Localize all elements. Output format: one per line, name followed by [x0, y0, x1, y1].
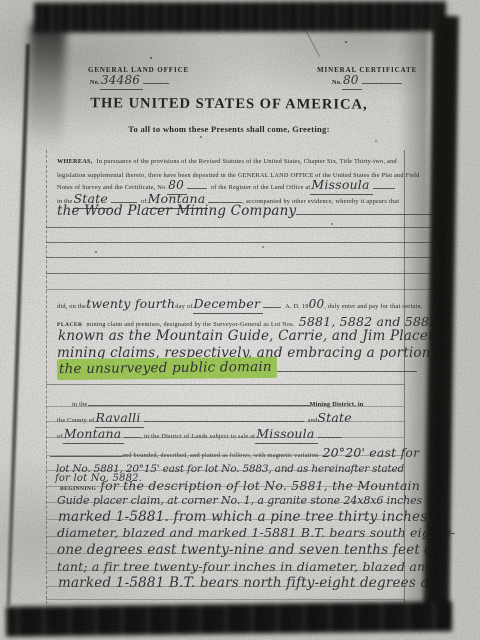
- rule-line: [46, 553, 404, 554]
- office-no-label: No.: [90, 79, 100, 86]
- entry-year: 00: [309, 297, 325, 311]
- county-entry: Ravalli: [96, 410, 141, 425]
- rule-line: [46, 502, 404, 503]
- rule-line: [46, 437, 404, 438]
- rule-line: [46, 455, 404, 456]
- certificate-no-label: No.: [332, 79, 342, 86]
- state-word-entry-2: State: [317, 410, 351, 425]
- entry-day-of: day of: [175, 303, 192, 310]
- office-no-value: 34486: [101, 73, 140, 87]
- description-line-8: marked 1-5881 B.T. bears north fifty-eig…: [58, 575, 446, 591]
- description-line-4: marked 1-5881. from which a pine tree th…: [58, 509, 445, 525]
- entry-did-pre: did, on the: [57, 303, 86, 310]
- certificate-no-blank: [362, 81, 402, 84]
- black-band-bottom: [6, 601, 452, 636]
- entry-ad: A. D. 19: [285, 303, 308, 310]
- blank: [187, 186, 207, 189]
- document-title: THE UNITED STATES OF AMERICA,: [0, 95, 458, 114]
- rule-line: [46, 273, 438, 274]
- description-line-6: one degrees east twenty-nine and seven t…: [57, 542, 450, 558]
- rule-line: [46, 257, 438, 258]
- black-band-top: [34, 1, 446, 32]
- blank: [277, 369, 417, 372]
- rule-line: [46, 242, 438, 243]
- entry-month: December: [194, 296, 261, 311]
- rule-line: [46, 586, 404, 587]
- rule-line: [46, 536, 404, 537]
- office-no-blank: [143, 81, 169, 84]
- rule-line: [46, 486, 404, 487]
- rule-line: [46, 470, 404, 471]
- blank: [373, 186, 395, 189]
- unsurveyed-domain-text: the unsurveyed public domain: [59, 359, 272, 377]
- company-name-entry: the Wood Placer Mining Company: [57, 203, 296, 219]
- entry-day: twenty fourth: [86, 296, 175, 311]
- rule-line: [46, 519, 404, 520]
- rule-line: [46, 599, 404, 600]
- description-line-3: Guide placer claim, at corner No. 1, a g…: [57, 494, 422, 507]
- rule-line: [46, 421, 404, 422]
- greeting-line: To all to whom these Presents shall come…: [0, 124, 458, 134]
- description-line-7: tant; a fir tree twenty-four inches in d…: [57, 559, 433, 574]
- blank: [263, 305, 281, 308]
- toner-specks: [0, 0, 2, 2]
- state-entry-2: Montana: [64, 426, 122, 441]
- document-photo: GENERAL LAND OFFICE No.34486 MINERAL CER…: [0, 0, 480, 640]
- rule-line: [46, 227, 438, 228]
- left-edge-smudge: [26, 23, 67, 154]
- right-gutter-shadow: [398, 30, 428, 610]
- description-line-5: diameter, blazed and marked 1-5881 B.T. …: [57, 525, 455, 540]
- rule-line: [46, 384, 404, 385]
- margin-line-left: [46, 150, 47, 604]
- claims-names-line: known as the Mountain Guide, Carrie, and…: [58, 328, 435, 344]
- sale-office-entry: Missoula: [256, 426, 314, 441]
- rule-line: [46, 406, 404, 407]
- rule-line: [46, 570, 404, 571]
- certificate-no-value: 80: [343, 73, 359, 87]
- highlight-mark: the unsurveyed public domain: [57, 357, 277, 380]
- rule-line: [46, 289, 438, 290]
